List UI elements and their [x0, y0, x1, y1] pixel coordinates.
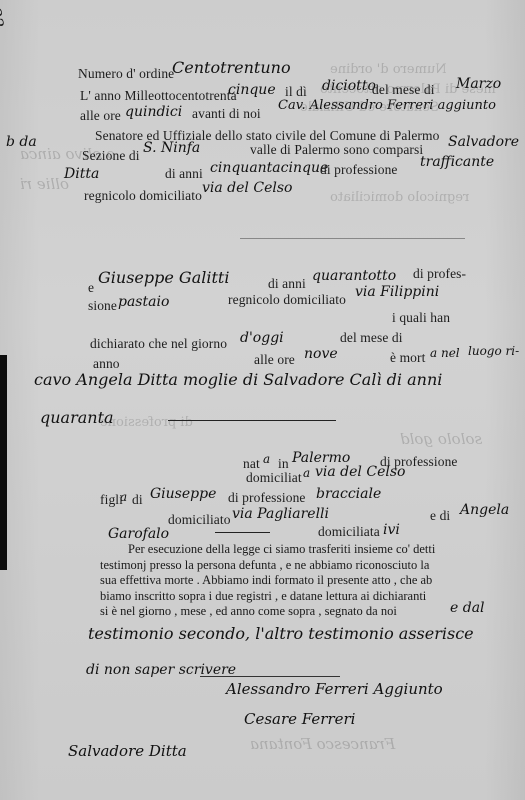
- deceased-age: quaranta: [40, 408, 114, 427]
- sezione-value: S. Ninfa: [143, 140, 200, 156]
- witness1-name: Salvadore: [448, 134, 519, 150]
- mese-value: Marzo: [456, 76, 501, 92]
- paragraph-line: testimonj presso la persona defunta , e …: [100, 558, 465, 574]
- witness1-age: cinquantacinque: [210, 160, 328, 176]
- paragraph-line: biamo inscritto sopra i due registri , e…: [100, 589, 465, 605]
- professione-label: di professione: [320, 162, 398, 178]
- witness2-eta-label: di anni: [268, 276, 306, 292]
- mother-e-di-label: e di: [430, 508, 450, 524]
- bleed-through-text: di professione: [100, 415, 193, 430]
- valle-label: valle di Palermo sono comparsi: [250, 142, 423, 158]
- bleed-through-text: sololo gold: [400, 430, 482, 448]
- mother-surname: Garofalo: [108, 526, 169, 542]
- eta-label: di anni: [165, 166, 203, 182]
- signature-declarant: Salvadore Ditta: [68, 742, 187, 760]
- father-profession: bracciale: [316, 486, 381, 502]
- ore-label: alle ore: [80, 108, 121, 124]
- figli-suffix: a: [120, 490, 127, 504]
- page-number-mark: 22: [0, 6, 8, 29]
- fill-rule: [168, 420, 336, 421]
- fill-rule: [200, 676, 340, 677]
- giorno-value: diciotto: [322, 78, 376, 94]
- witness2-name: Giuseppe Galitti: [98, 268, 229, 287]
- witness1-address: via del Celso: [202, 180, 292, 196]
- witness2-age: quarantotto: [312, 268, 396, 284]
- declaration-ore-label: alle ore: [254, 352, 295, 368]
- declaration-ore-value: nove: [304, 346, 338, 362]
- mese-label: del mese di: [372, 82, 435, 98]
- deceased-domicilio-suffix: a: [303, 466, 310, 480]
- witness2-profession: pastaio: [118, 294, 169, 310]
- witness2-address: via Filippini: [355, 284, 439, 300]
- closing-paragraph: Per esecuzione della legge ci siamo tras…: [100, 542, 465, 620]
- closing-handwritten-2: testimonio secondo, l'altro testimonio a…: [88, 624, 474, 643]
- declaration-day: d'oggi: [240, 330, 284, 346]
- deceased-line: cavo Angela Ditta moglie di Salvadore Ca…: [34, 370, 442, 389]
- margin-name: Ditta: [64, 166, 99, 182]
- bleed-through-text: Numero d' ordine: [330, 62, 447, 77]
- witness1-profession: trafficante: [420, 154, 494, 170]
- death-place: luogo ri-: [468, 344, 519, 358]
- witness2-domicilio-label: regnicolo domiciliato: [228, 292, 346, 308]
- fill-rule: [215, 532, 270, 533]
- bleed-through-text: regnicolo domiciliato: [330, 190, 469, 205]
- declaration-mese-label: del mese di: [340, 330, 403, 346]
- father-di-label: di: [132, 492, 143, 508]
- mother-domicilio-label: domiciliata: [318, 524, 380, 540]
- bleed-through-text: ollie ri: [20, 175, 69, 193]
- numero-value: Centotrentuno: [172, 58, 291, 77]
- closing-handwritten-1: e dal: [450, 600, 485, 616]
- scan-edge-bar: [0, 355, 7, 570]
- paragraph-line: sua effettiva morte . Abbiamo indi forma…: [100, 573, 465, 589]
- nato-suffix: a: [263, 452, 270, 466]
- mother-address: ivi: [383, 522, 400, 538]
- mort-label: è mort: [390, 350, 425, 366]
- i-quali-label: i quali han: [392, 310, 450, 326]
- anno-value: cinque: [228, 82, 276, 98]
- sezione-label: Sezione di: [82, 148, 140, 164]
- anno-label: L' anno Milleottocentotrenta: [80, 88, 237, 104]
- mort-suffix: a nel: [430, 346, 460, 360]
- signature-officer-1: Alessandro Ferreri Aggiunto: [226, 680, 443, 698]
- bleed-through-text: Francesco Fontana: [250, 735, 395, 753]
- deceased-domicilio-label: domiciliat: [246, 470, 302, 486]
- father-domicilio-label: domiciliato: [168, 512, 231, 528]
- deceased-address: via del Celso: [315, 464, 405, 480]
- father-professione-label: di professione: [228, 490, 306, 506]
- father-name: Giuseppe: [150, 486, 216, 502]
- paragraph-line: si è nel giorno , mese , ed anno come so…: [100, 604, 465, 620]
- witness2-professione-label-b: sione: [88, 298, 117, 314]
- margin-note: b da: [6, 134, 37, 150]
- father-address: via Pagliarelli: [232, 506, 329, 522]
- witness2-professione-label-a: di profes-: [413, 266, 466, 282]
- numero-label: Numero d' ordine: [78, 66, 174, 82]
- officer-value: Cav. Alessandro Ferreri aggiunto: [278, 98, 496, 113]
- mother-name: Angela: [460, 502, 509, 518]
- signature-officer-2: Cesare Ferreri: [244, 710, 355, 728]
- paragraph-line: Per esecuzione della legge ci siamo tras…: [100, 542, 465, 558]
- blank-rule: [240, 238, 465, 239]
- document-page: Numero d' ordine mese di Palermo ottocen…: [0, 0, 525, 800]
- witness2-prefix: e: [88, 280, 94, 296]
- avanti-label: avanti di noi: [192, 106, 261, 122]
- dichiarato-label: dichiarato che nel giorno: [90, 336, 227, 352]
- ore-value: quindici: [125, 104, 182, 120]
- domicilio-label: regnicolo domiciliato: [84, 188, 202, 204]
